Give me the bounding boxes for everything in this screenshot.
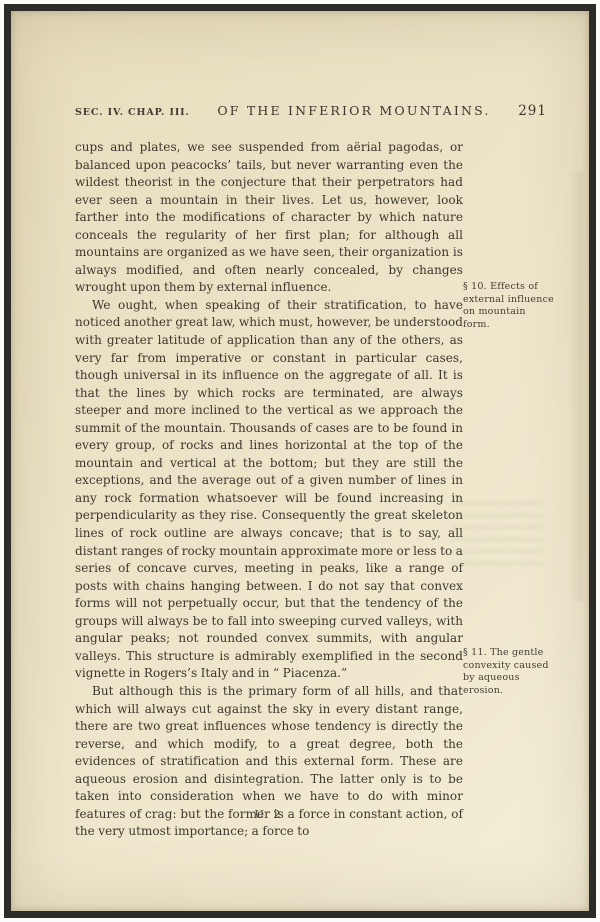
page-edge-shading	[569, 171, 583, 601]
body-text-column: cups and plates, we see suspended from a…	[75, 139, 463, 841]
page-number: 291	[518, 103, 547, 119]
scan-frame: SEC. IV. CHAP. III. OF THE INFERIOR MOUN…	[4, 4, 596, 918]
scanned-page: SEC. IV. CHAP. III. OF THE INFERIOR MOUN…	[0, 0, 600, 922]
signature-mark: U 2	[75, 808, 463, 821]
show-through-ghost	[451, 501, 543, 571]
book-page: SEC. IV. CHAP. III. OF THE INFERIOR MOUN…	[11, 11, 589, 911]
paragraph-2: We ought, when speaking of their stratif…	[75, 297, 463, 683]
running-title: OF THE INFERIOR MOUNTAINS.	[190, 103, 519, 118]
sidenote-section-10: § 10. Effects of external influence on m…	[463, 281, 555, 331]
sidenote-section-11: § 11. The gentle con­vexity caused by aq…	[463, 647, 555, 697]
page-header: SEC. IV. CHAP. III. OF THE INFERIOR MOUN…	[75, 103, 547, 119]
section-label: SEC. IV. CHAP. III.	[75, 107, 190, 118]
paragraph-1: cups and plates, we see suspended from a…	[75, 139, 463, 297]
